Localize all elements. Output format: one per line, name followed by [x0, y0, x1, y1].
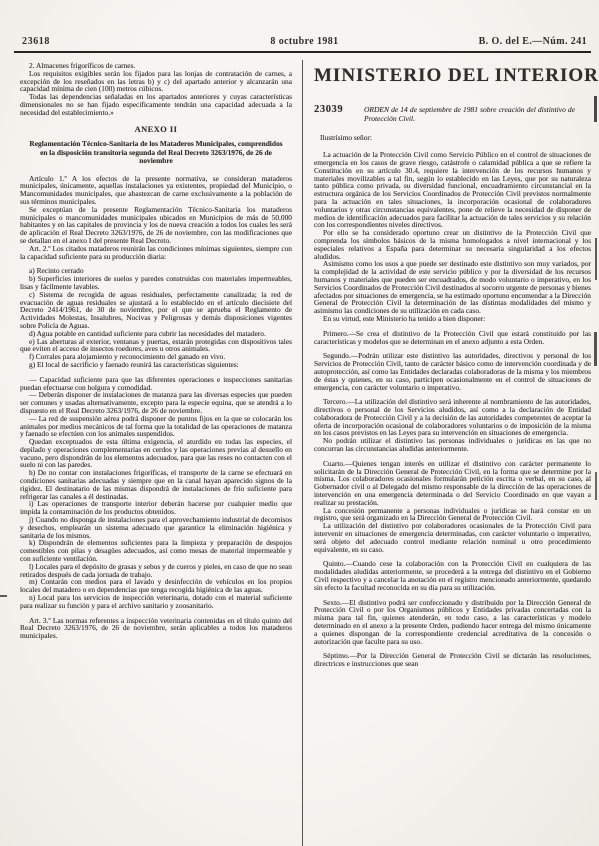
list-item: c) Sistema de recogida de aguas residual… — [20, 291, 292, 330]
scan-artifact — [594, 332, 597, 366]
page-columns: 2. Almacenes frigoríficos de carnes. Los… — [14, 58, 591, 846]
body-paragraph: La utilización del distintivo por colabo… — [314, 522, 591, 553]
body-paragraph: Art. 3.º Las normas referentes a inspecc… — [20, 617, 292, 640]
scan-artifact — [594, 96, 597, 122]
body-paragraph: Artículo 1.º A los efectos de la present… — [20, 175, 292, 206]
issue-number: B. O. del E.—Núm. 241 — [479, 36, 587, 47]
dash-item: — La red de suspensión aérea podrá dispo… — [20, 415, 292, 438]
entry-heading: 23039 ORDEN de 14 de septiembre de 1981 … — [314, 106, 591, 124]
body-paragraph: Asimismo como los usos a que puede ser d… — [314, 260, 591, 315]
list-item: l) Locales para el depósito de grasas y … — [20, 563, 292, 579]
body-paragraph: Todas las dependencias señaladas en los … — [20, 93, 292, 116]
body-paragraph: Quedan exceptuados de esta última exigen… — [20, 438, 292, 469]
header-rule — [14, 51, 591, 53]
gazette-page: 23618 8 octubre 1981 B. O. del E.—Núm. 2… — [0, 0, 599, 846]
ordinal-paragraph: Séptimo.—Por la Dirección General de Pro… — [314, 652, 591, 668]
list-item: j) Cuando no disponga de instalaciones p… — [20, 516, 292, 539]
body-paragraph: Los requisitos exigibles serán los fijad… — [20, 70, 292, 93]
scan-artifact — [0, 595, 7, 597]
ordinal-paragraph: Quinto.—Cuando cese la colaboración con … — [314, 560, 591, 591]
body-paragraph: En su virtud, este Ministerio ha tenido … — [314, 315, 591, 323]
ordinal-paragraph: Segundo.—Podrán utilizar este distintivo… — [314, 352, 591, 391]
body-paragraph: La actuación de la Protección Civil como… — [314, 151, 591, 229]
right-column: MINISTERIO DEL INTERIOR 23039 ORDEN de 1… — [314, 58, 591, 668]
list-item: g) El local de sacrificio y faenado reun… — [20, 361, 292, 369]
ordinal-paragraph: Tercero.—La utilización del distintivo s… — [314, 398, 591, 437]
column-divider — [302, 60, 303, 846]
page-header: 23618 8 octubre 1981 B. O. del E.—Núm. 2… — [20, 36, 589, 49]
entry-title: ORDEN de 14 de septiembre de 1981 sobre … — [364, 106, 591, 124]
scan-artifact — [595, 238, 597, 280]
list-item: i) Las operaciones de transporte interio… — [20, 500, 292, 516]
body-paragraph: No podrán utilizar el distintivo las per… — [314, 437, 591, 453]
annex-subtitle: Reglamentación Técnico-Sanitaria de los … — [20, 140, 292, 165]
ministry-title: MINISTERIO DEL INTERIOR — [314, 72, 591, 80]
list-item: h) De no contar con instalaciones frigor… — [20, 469, 292, 500]
list-item: b) Superficies interiores de suelos y pa… — [20, 275, 292, 291]
body-paragraph: Art. 2.º Los citados mataderos reunirán … — [20, 245, 292, 261]
list-item: n) Local para los servicios de inspecció… — [20, 594, 292, 610]
salutation: Ilustrísimo señor: — [314, 134, 591, 142]
dash-item: — Capacidad suficiente para que las dife… — [20, 376, 292, 392]
ordinal-paragraph: Primero.—Se crea el distintivo de la Pro… — [314, 330, 591, 346]
body-paragraph: La concesión permanente a personas indiv… — [314, 507, 591, 523]
scan-artifact — [595, 472, 597, 500]
body-paragraph: Se exceptúan de la presente Reglamentaci… — [20, 206, 292, 245]
list-item: k) Dispondrán de elementos suficientes p… — [20, 539, 292, 562]
annex-title: ANEXO II — [20, 126, 292, 134]
dash-item: — Deberán disponer de instalaciones de m… — [20, 391, 292, 414]
ordinal-paragraph: Sexto.—El distintivo podrá ser confeccio… — [314, 599, 591, 646]
body-paragraph: Por ello se ha considerado oportuno crea… — [314, 229, 591, 260]
ordinal-paragraph: Cuarto.—Quienes tengan interés en utiliz… — [314, 460, 591, 507]
left-column: 2. Almacenes frigoríficos de carnes. Los… — [20, 58, 292, 640]
list-item: e) Las aberturas al exterior, ventanas y… — [20, 338, 292, 354]
list-item: m) Contarán con medios para el lavado y … — [20, 578, 292, 594]
entry-number: 23039 — [314, 106, 364, 124]
